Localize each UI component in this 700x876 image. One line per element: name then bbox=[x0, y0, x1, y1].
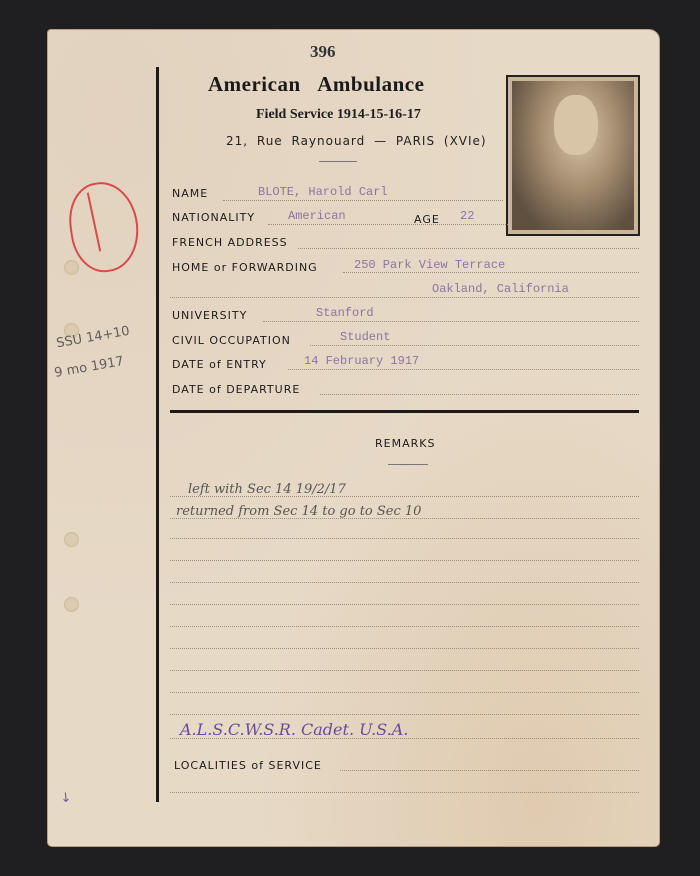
remarks-underline bbox=[388, 464, 428, 465]
margin-rule bbox=[156, 67, 159, 802]
portrait-photo-icon bbox=[506, 75, 640, 236]
occupation-label: CIVIL OCCUPATION bbox=[172, 334, 291, 347]
localities-label: LOCALITIES of SERVICE bbox=[174, 759, 322, 772]
remark-line-2: returned from Sec 14 to go to Sec 10 bbox=[176, 504, 421, 519]
document-card: SSU 14+10 9 mo 1917 ↘ 396 American Ambul… bbox=[48, 30, 659, 846]
name-label: NAME bbox=[172, 187, 208, 200]
record-number: 396 bbox=[310, 42, 336, 62]
remark-line-1: left with Sec 14 19/2/17 bbox=[188, 482, 346, 497]
age-value: 22 bbox=[460, 209, 474, 223]
entry-date-label: DATE of ENTRY bbox=[172, 358, 267, 371]
nationality-value: American bbox=[288, 209, 346, 223]
university-value: Stanford bbox=[316, 306, 374, 320]
punch-hole bbox=[64, 532, 79, 547]
french-address-label: FRENCH ADDRESS bbox=[172, 236, 288, 249]
entry-date-value: 14 February 1917 bbox=[304, 354, 419, 368]
occupation-value: Student bbox=[340, 330, 390, 344]
home-value-line1: 250 Park View Terrace bbox=[354, 258, 505, 272]
name-value: BLOTE, Harold Carl bbox=[258, 185, 388, 199]
document-title: American Ambulance bbox=[208, 72, 424, 97]
home-value-line2: Oakland, California bbox=[432, 282, 569, 296]
remarks-heading: REMARKS bbox=[375, 437, 435, 450]
punch-hole bbox=[64, 597, 79, 612]
organization-address: 21, Rue Raynouard — PARIS (XVIe) bbox=[226, 134, 487, 148]
service-signature-line: A.L.S.C.W.S.R. Cadet. U.S.A. bbox=[180, 720, 408, 739]
departure-date-label: DATE of DEPARTURE bbox=[172, 383, 300, 396]
university-label: UNIVERSITY bbox=[172, 309, 247, 322]
pencil-note-date: 9 mo 1917 bbox=[53, 354, 125, 381]
arrow-mark-icon: ↘ bbox=[56, 788, 74, 807]
section-divider bbox=[170, 410, 639, 413]
punch-hole bbox=[64, 260, 79, 275]
ornament-divider bbox=[319, 161, 357, 162]
nationality-label: NATIONALITY bbox=[172, 211, 255, 224]
home-label: HOME or FORWARDING bbox=[172, 261, 318, 274]
document-subtitle: Field Service 1914-15-16-17 bbox=[256, 107, 421, 123]
